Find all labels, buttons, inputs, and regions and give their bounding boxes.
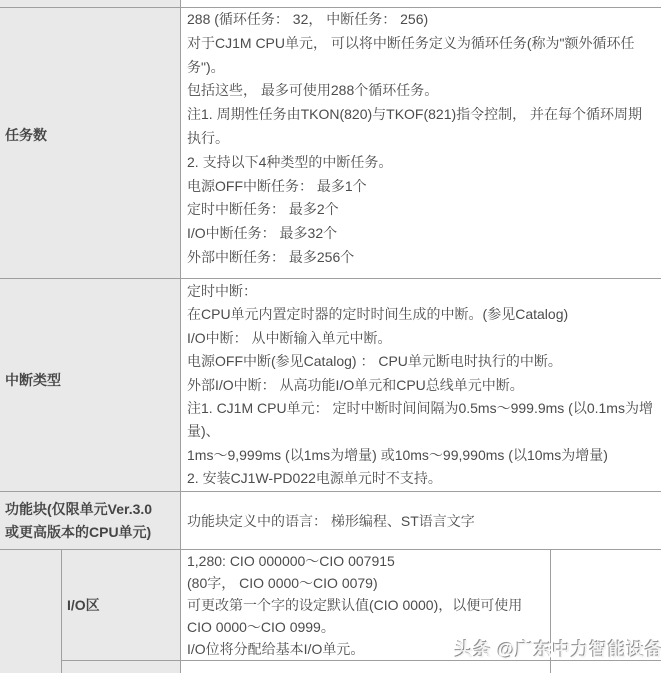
text-line: 在CPU单元内置定时器的定时时间生成的中断。(参见Catalog) bbox=[187, 303, 653, 326]
text-line: 注1. 周期性任务由TKON(820)与TKOF(821)指令控制， 并在每个循… bbox=[187, 103, 642, 127]
text-line: I/O中断： 从中断输入单元中断。 bbox=[187, 327, 653, 350]
border-after-function-blocks bbox=[0, 549, 661, 550]
watermark: 头条 @广东中力智能设备 bbox=[455, 636, 661, 662]
row-content-function-blocks: 功能块定义中的语言： 梯形编程、ST语言文字 bbox=[187, 492, 475, 549]
text-line: 功能块(仅限单元Ver.3.0 bbox=[5, 498, 152, 521]
text-line: 可更改第一个字的设定默认值(CIO 0000)，以便可使用 bbox=[187, 595, 522, 617]
text-line: 执行。 bbox=[187, 127, 642, 151]
text-line: I/O中断任务： 最多32个 bbox=[187, 222, 642, 246]
spec-table-page: 任务数 中断类型 功能块(仅限单元Ver.3.0或更高版本的CPU单元) I/O… bbox=[0, 0, 661, 673]
row-header-function-blocks: 功能块(仅限单元Ver.3.0或更高版本的CPU单元) bbox=[0, 492, 180, 549]
text-line: 定时中断： bbox=[187, 280, 653, 303]
text-line: 2. 安装CJ1W-PD022电源单元时不支持。 bbox=[187, 467, 653, 490]
row-header-interrupt-types: 中断类型 bbox=[0, 279, 180, 491]
row-header-tasks-label: 任务数 bbox=[5, 125, 47, 145]
text-line: 或更高版本的CPU单元) bbox=[5, 521, 152, 544]
bottom-partial-header-cell bbox=[62, 661, 180, 673]
text-line: 外部中断任务： 最多256个 bbox=[187, 246, 642, 270]
border-top-row bbox=[0, 7, 661, 8]
text-line: 注1. CJ1M CPU单元： 定时中断时间间隔为0.5ms～999.9ms (… bbox=[187, 397, 653, 420]
group-header-cell-empty bbox=[0, 550, 61, 673]
text-line: 量)、 bbox=[187, 420, 653, 443]
function-blocks-language-text: 功能块定义中的语言： 梯形编程、ST语言文字 bbox=[187, 511, 475, 531]
row-content-tasks: 288 (循环任务： 32， 中断任务： 256)对于CJ1M CPU单元， 可… bbox=[187, 8, 642, 270]
text-line: 1,280: CIO 000000～CIO 007915 bbox=[187, 551, 522, 573]
border-after-tasks bbox=[0, 278, 661, 279]
border-header-column bbox=[180, 0, 181, 673]
text-line: 电源OFF中断任务： 最多1个 bbox=[187, 175, 642, 199]
text-line: (80字， CIO 0000～CIO 0079) bbox=[187, 573, 522, 595]
text-line: 2. 支持以下4种类型的中断任务。 bbox=[187, 151, 642, 175]
text-line: 包括这些， 最多可使用288个循环任务。 bbox=[187, 79, 642, 103]
top-partial-header-cell bbox=[0, 0, 180, 7]
row-header-interrupt-types-label: 中断类型 bbox=[5, 370, 61, 390]
text-line: 288 (循环任务： 32， 中断任务： 256) bbox=[187, 8, 642, 32]
border-after-interrupt-types bbox=[0, 491, 661, 492]
text-line: 外部I/O中断： 从高功能I/O单元和CPU总线单元中断。 bbox=[187, 374, 653, 397]
row-header-tasks: 任务数 bbox=[0, 8, 180, 278]
row-header-io-area: I/O区 bbox=[62, 550, 180, 660]
text-line: 定时中断任务： 最多2个 bbox=[187, 198, 642, 222]
row-content-interrupt-types: 定时中断：在CPU单元内置定时器的定时时间生成的中断。(参见Catalog)I/… bbox=[187, 280, 653, 491]
text-line: 电源OFF中断(参见Catalog) ： CPU单元断电时执行的中断。 bbox=[187, 350, 653, 373]
text-line: 务")。 bbox=[187, 56, 642, 80]
border-group-column bbox=[61, 549, 62, 673]
row-header-function-blocks-label: 功能块(仅限单元Ver.3.0或更高版本的CPU单元) bbox=[5, 498, 152, 544]
text-line: 对于CJ1M CPU单元， 可以将中断任务定义为循环任务(称为"额外循环任 bbox=[187, 32, 642, 56]
text-line: 1ms～9,999ms (以1ms为增量) 或10ms～99,990ms (以1… bbox=[187, 444, 653, 467]
row-header-io-area-label: I/O区 bbox=[67, 595, 100, 615]
